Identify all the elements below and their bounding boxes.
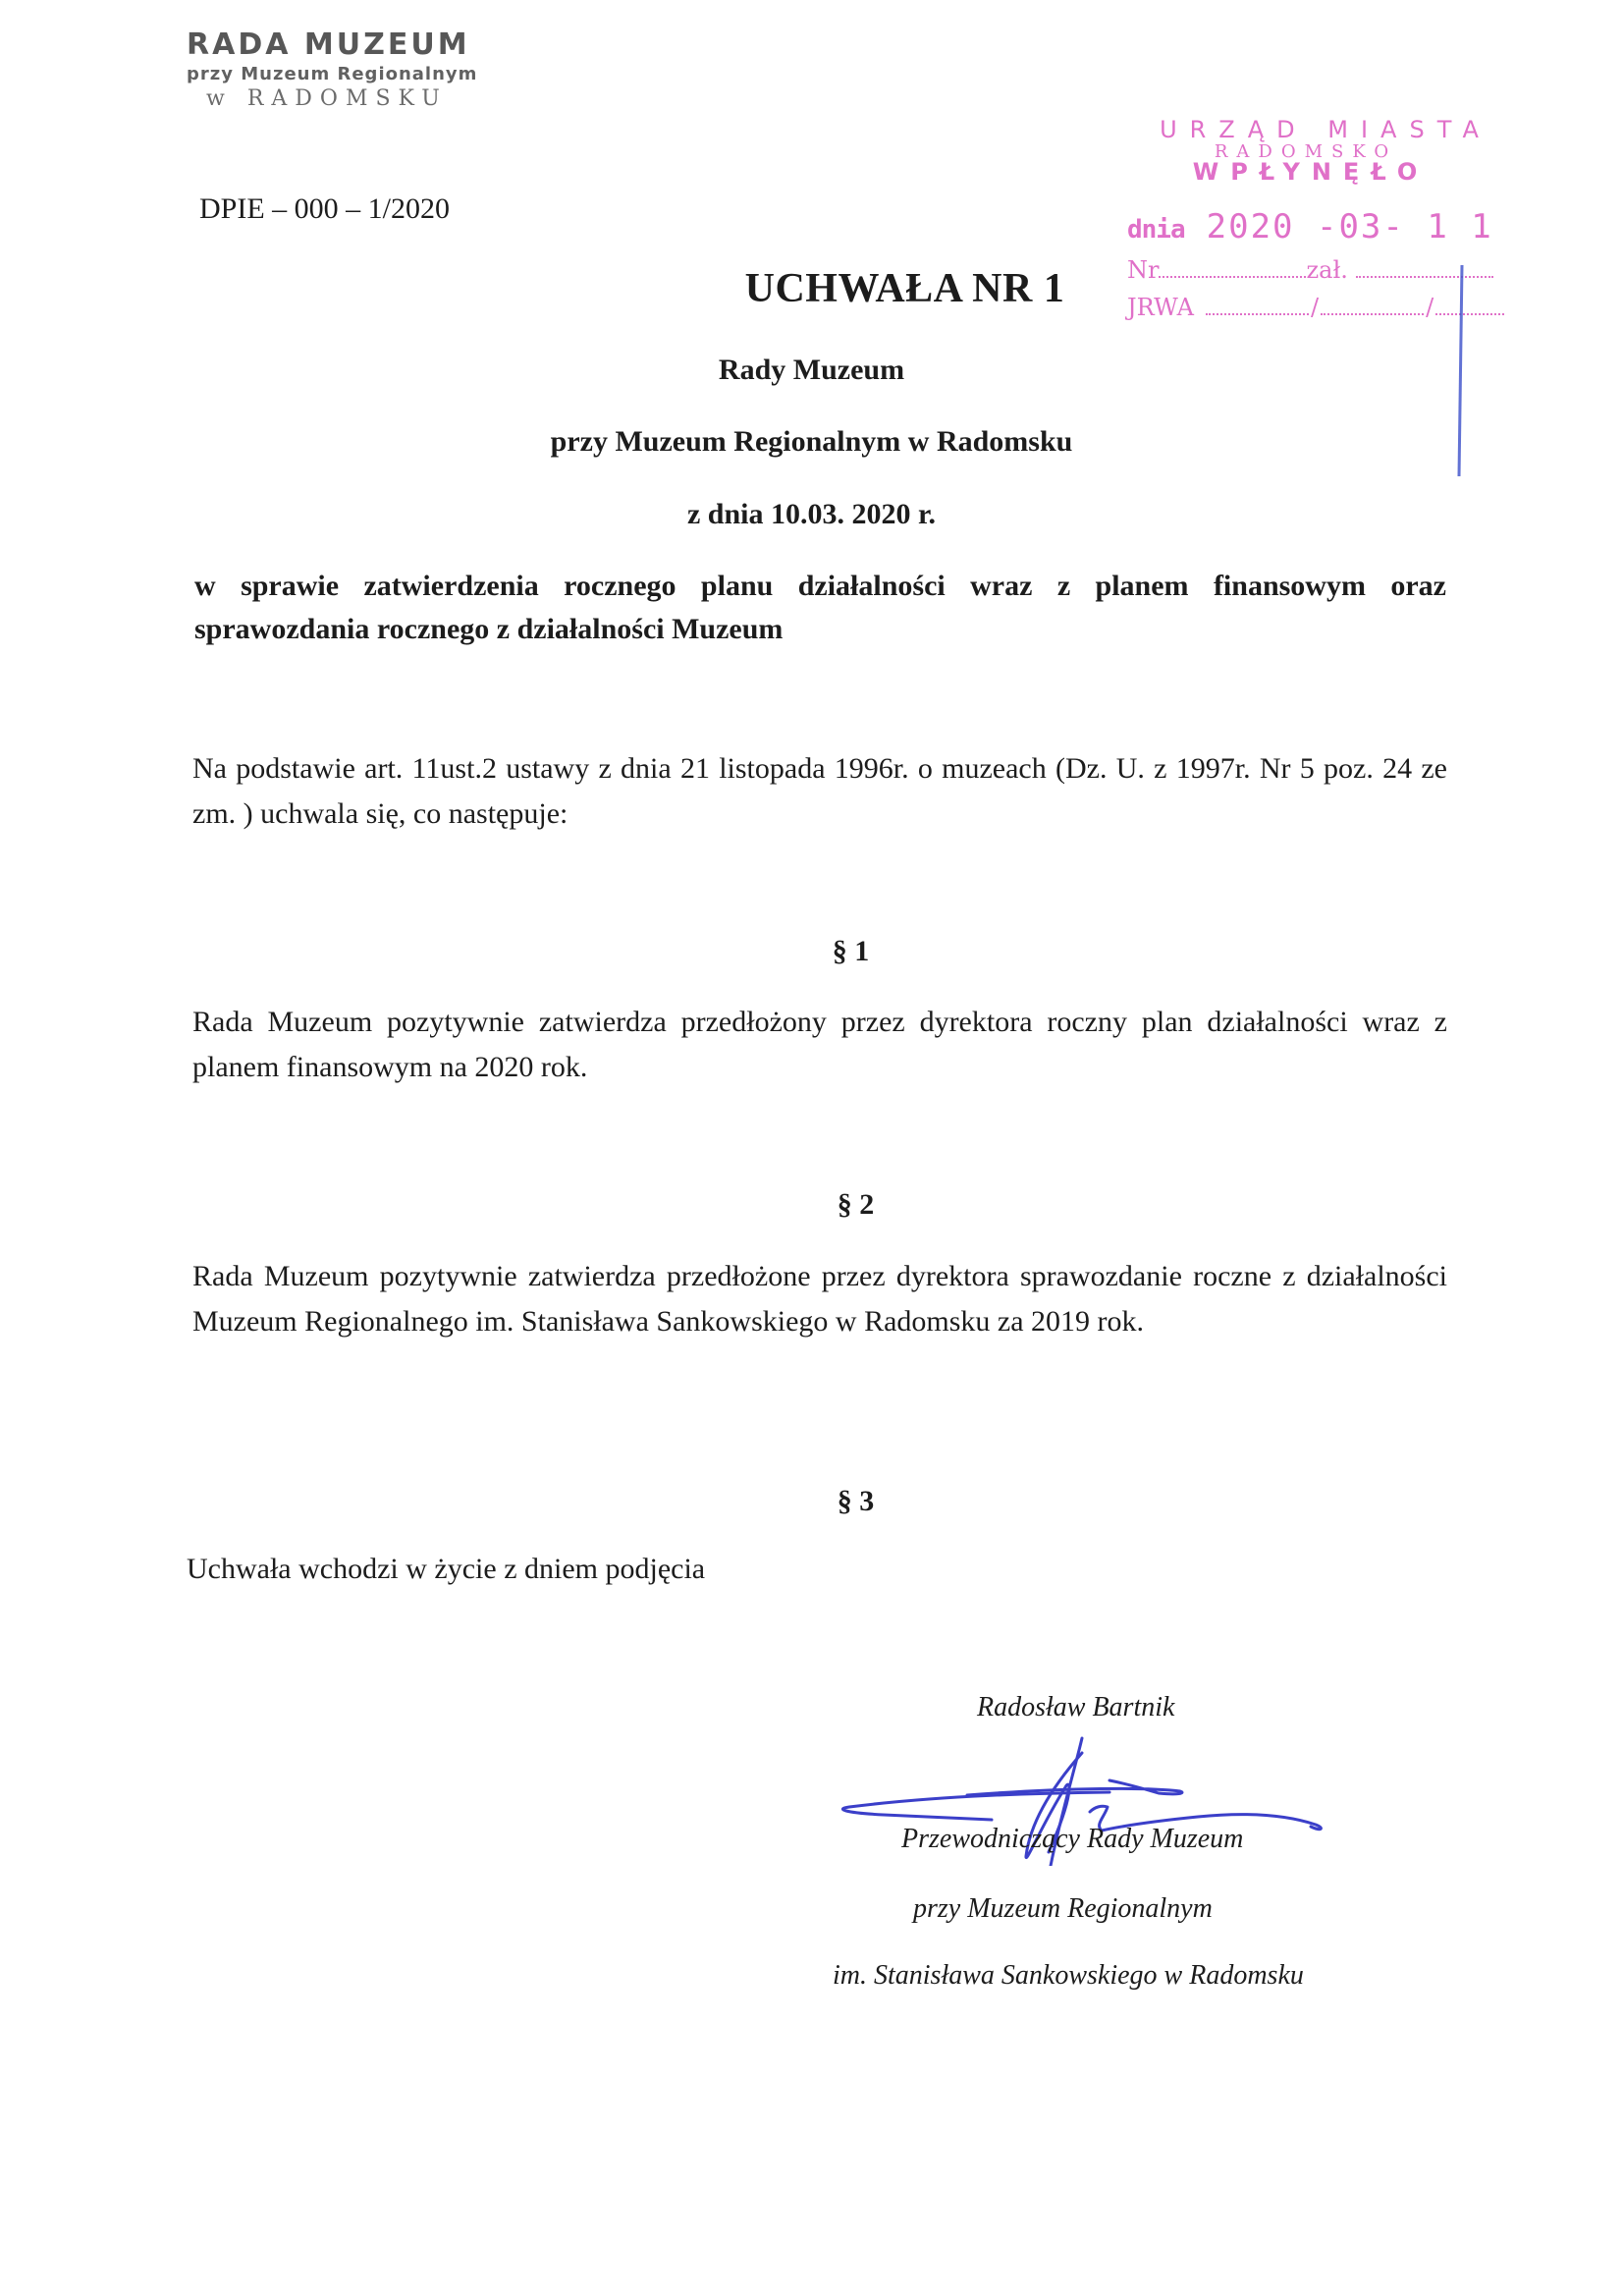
signatory-role-line-2: przy Muzeum Regionalnym: [913, 1893, 1213, 1925]
section-1-label: § 1: [39, 935, 1623, 968]
stamp-jrwa-blank-3: [1435, 313, 1504, 315]
stamp-received: WPŁYNĘŁO: [1090, 158, 1532, 186]
section-2-text: Rada Muzeum pozytywnie zatwierdza przedł…: [192, 1254, 1447, 1344]
resolution-subtitle-institution: przy Muzeum Regionalnym w Radomsku: [0, 425, 1623, 459]
legal-basis: Na podstawie art. 11ust.2 ustawy z dnia …: [192, 746, 1447, 837]
section-2-label: § 2: [44, 1188, 1623, 1222]
resolution-subtitle-body: Rady Muzeum: [0, 354, 1623, 387]
stamp-date-row: dnia 2020 -03- 1 1: [1119, 207, 1532, 246]
stamp-line-3: w RADOMSKU: [187, 86, 511, 111]
section-3-label: § 3: [44, 1485, 1623, 1518]
resolution-subject: w sprawie zatwierdzenia rocznego planu d…: [194, 565, 1446, 651]
reference-number: DPIE – 000 – 1/2020: [199, 192, 450, 226]
section-1-text: Rada Muzeum pozytywnie zatwierdza przedł…: [192, 1000, 1447, 1090]
signatory-role-line-3: im. Stanisława Sankowskiego w Radomsku: [833, 1960, 1304, 1992]
resolution-date: z dnia 10.03. 2020 r.: [0, 498, 1623, 531]
stamp-jrwa-blank-1: [1206, 313, 1309, 315]
signatory-role-line-1: Przewodniczący Rady Muzeum: [901, 1824, 1243, 1855]
museum-council-stamp: RADA MUZEUM przy Muzeum Regionalnym w RA…: [187, 27, 511, 111]
stamp-office: URZĄD MIASTA: [1119, 116, 1532, 143]
section-3-text: Uchwała wchodzi w życie z dniem podjęcia: [187, 1547, 1441, 1592]
resolution-title: UCHWAŁA NR 1: [93, 265, 1623, 312]
stamp-line-1: RADA MUZEUM: [187, 27, 511, 62]
stamp-date-value: 2020 -03- 1 1: [1207, 207, 1493, 246]
stamp-jrwa-blank-2: [1321, 313, 1424, 315]
stamp-date-label: dnia: [1127, 215, 1185, 245]
stamp-line-2: przy Muzeum Regionalnym: [187, 64, 511, 84]
